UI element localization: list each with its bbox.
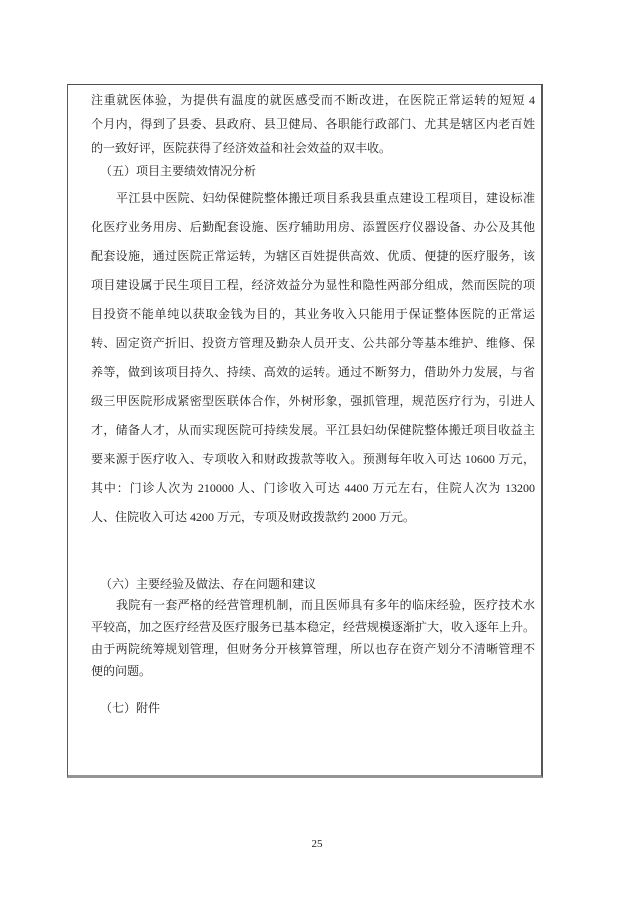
text-line: 个月内，得到了县委、县政府、县卫健局、各职能行政部门、尤其是辖区内老百姓 <box>91 112 535 136</box>
text-line: 注重就医体验，为提供有温度的就医感受而不断改进，在医院正常运转的短短 4 <box>91 88 535 112</box>
text-line: （五）项目主要绩效情况分析 <box>91 160 535 182</box>
text-line: 项目建设属于民生项目工程，经济效益分为显性和隐性两部分组成，然而医院的项 <box>91 271 535 300</box>
text-line: （七）附件 <box>91 698 535 718</box>
page-number: 25 <box>0 838 634 850</box>
text-line: 便的问题。 <box>91 660 535 682</box>
text-line: 转、固定资产折旧、投资方管理及勤杂人员开支、公共部分等基本维护、维修、保 <box>91 329 535 358</box>
text-line: 的一致好评，医院获得了经济效益和社会效益的双丰收。 <box>91 136 535 160</box>
text-line: 化医疗业务用房、后勤配套设施、医疗辅助用房、添置医疗仪器设备、办公及其他 <box>91 213 535 242</box>
para-performance-analysis: 平江县中医院、妇幼保健院整体搬迁项目系我县重点建设工程项目，建设标准化医疗业务用… <box>91 184 535 532</box>
text-line: 我院有一套严格的经营管理机制，而且医师具有多年的临床经验，医疗技术水 <box>91 594 535 616</box>
heading-section-5: （五）项目主要绩效情况分析 <box>91 160 535 182</box>
text-line: 级三甲医院形成紧密型医联体合作，外树形象，强抓管理，规范医疗行为，引进人 <box>91 387 535 416</box>
text-line: 养等，做到该项目持久、持续、高效的运转。通过不断努力，借助外力发展，与省 <box>91 358 535 387</box>
text-line: 其中：门诊人次为 210000 人、门诊收入可达 4400 万元左右，住院人次为… <box>91 474 535 503</box>
text-line: 目投资不能单纯以获取金钱为目的，其业务收入只能用于保证整体医院的正常运 <box>91 300 535 329</box>
document-text-blocks: 注重就医体验，为提供有温度的就医感受而不断改进，在医院正常运转的短短 4个月内，… <box>91 88 535 718</box>
para-experience-problems: 我院有一套严格的经营管理机制，而且医师具有多年的临床经验，医疗技术水平较高，加之… <box>91 594 535 682</box>
report-table-cell: 注重就医体验，为提供有温度的就医感受而不断改进，在医院正常运转的短短 4个月内，… <box>67 84 543 778</box>
text-line: （六）主要经验及做法、存在问题和建议 <box>91 574 535 594</box>
text-line: 要来源于医疗收入、专项收入和财政拨款等收入。预测每年收入可达 10600 万元， <box>91 445 535 474</box>
text-line: 平较高，加之医疗经营及医疗服务已基本稳定，经营规模逐渐扩大，收入逐年上升。 <box>91 616 535 638</box>
text-line: 人、住院收入可达 4200 万元，专项及财政拨款约 2000 万元。 <box>91 503 535 532</box>
heading-section-6: （六）主要经验及做法、存在问题和建议 <box>91 574 535 594</box>
text-line: 才，储备人才，从而实现医院可持续发展。平江县妇幼保健院整体搬迁项目收益主 <box>91 416 535 445</box>
para-continuation: 注重就医体验，为提供有温度的就医感受而不断改进，在医院正常运转的短短 4个月内，… <box>91 88 535 160</box>
text-line: 平江县中医院、妇幼保健院整体搬迁项目系我县重点建设工程项目，建设标准 <box>91 184 535 213</box>
text-line: 配套设施，通过医院正常运转，为辖区百姓提供高效、优质、便捷的医疗服务，该 <box>91 242 535 271</box>
heading-section-7: （七）附件 <box>91 698 535 718</box>
text-line: 由于两院统筹规划管理，但财务分开核算管理，所以也存在资产划分不清晰管理不 <box>91 638 535 660</box>
